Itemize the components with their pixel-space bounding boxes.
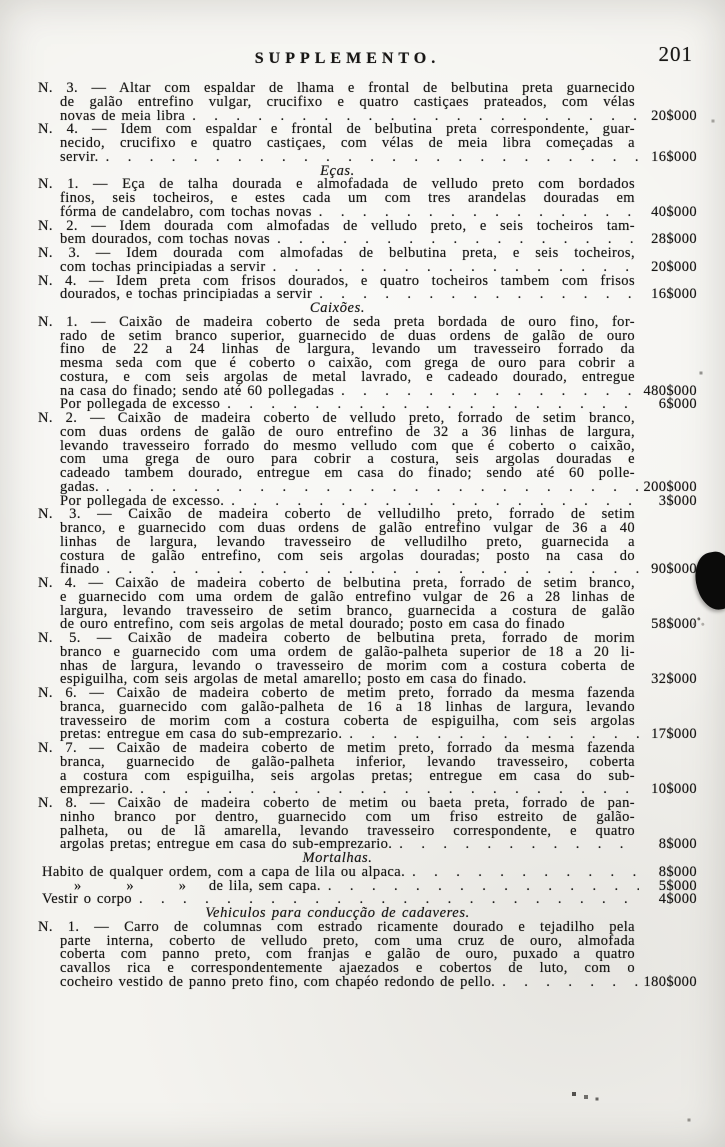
entry-last-line: servir.. . . . . . . . . . . . . . . . .… [38,151,697,165]
dot-leader: . . . . . . . . . . . . . . . . . . . . … [132,893,639,907]
text-line: dourados, e tochas principiadas a servir [60,288,312,302]
price-value: 32$000 [639,673,697,687]
price-list-entry: N. 5. — Caixão de madeira coberto de bel… [38,632,697,687]
dot-leader: . . . . . . . . . . . . . . . . . . . . … [334,385,639,399]
dot-leader: . . . . . . . . . . . . . . . . . . . . … [392,838,639,852]
text-line: servir. [60,151,99,165]
text-line: cocheiro vestido de panno preto fino, co… [60,976,495,990]
price-value: 180$000 [639,976,697,990]
price-list-entry: N. 2. — Caixão de madeira coberto de vel… [38,412,697,495]
dot-leader: . . . . . . . . . . . . . . . . . . . . … [312,288,639,302]
price-list-entry: N. 1. — Caixão de madeira coberto de sed… [38,316,697,399]
price-list-entry: N. 1. — Carro de columnas com estrado ri… [38,921,697,990]
page-number: 201 [659,48,694,62]
price-list-entry: » » » de lila, sem capa.. . . . . . . . … [38,880,697,894]
text-line: necido, crucifixo e quatro castiçaes, co… [38,137,697,151]
price-list-entry: Vestir o corpo. . . . . . . . . . . . . … [38,893,697,907]
price-value: 16$000 [639,288,697,302]
price-value: 8$000 [639,838,697,852]
price-value: 17$000 [639,728,697,742]
entry-last-line: dourados, e tochas principiadas a servir… [38,288,697,302]
text-line: a costura com espiguilha, seis argolas p… [38,770,697,784]
price-value: 4$000 [639,893,697,907]
text-line: Vestir o corpo [42,893,132,907]
page-header: SUPPLEMENTO. 201 [38,52,697,82]
price-value: 10$000 [639,783,697,797]
text-line: costura de galão entrefino, com seis arg… [38,550,697,564]
entry-last-line: Vestir o corpo. . . . . . . . . . . . . … [38,893,697,907]
price-value: 3$000 [639,495,697,509]
text-line: argolas pretas; entregue em casa do sub-… [60,838,392,852]
price-value: 90$000 [639,563,697,577]
dot-leader: . . . . . . . . . . . . . . . . . . . . … [495,976,639,990]
dot-leader: . . . . . . . . . . . . . . . . . . . . … [405,866,639,880]
price-list-entry: N. 4. — Idem com espaldar e frontal de b… [38,123,697,164]
price-value: 16$000 [639,151,697,165]
entry-last-line: argolas pretas; entregue em casa do sub-… [38,838,697,852]
price-list-entry: N. 4. — Caixão de madeira coberto de bel… [38,577,697,632]
price-list-entry: N. 2. — Idem dourada com almofadas de ve… [38,220,697,248]
page-title: SUPPLEMENTO. [38,52,657,66]
price-list-entry: N. 7. — Caixão de madeira coberto de met… [38,742,697,797]
text-line: cadeado tambem dourado, entregue em casa… [38,467,697,481]
dot-leader: . . . . . . . . . . . . . . . . . . . . … [99,151,639,165]
price-list-entry: N. 3. — Altar com espaldar de lhama e fr… [38,82,697,123]
price-list-entry: N. 3. — Caixão de madeira coberto de vel… [38,508,697,577]
price-list: N. 3. — Altar com espaldar de lhama e fr… [38,82,697,990]
price-value: 40$000 [639,206,697,220]
price-value: 28$000 [639,233,697,247]
price-value: 20$000 [639,261,697,275]
entry-last-line: » » » de lila, sem capa.. . . . . . . . … [38,880,697,894]
scan-speck-artifacts [0,0,2,2]
price-value: 20$000 [639,110,697,124]
price-list-entry: N. 6. — Caixão de madeira coberto de met… [38,687,697,742]
entry-last-line: cocheiro vestido de panno preto fino, co… [38,976,697,990]
price-list-entry: N. 3. — Idem dourada com almofadas de be… [38,247,697,275]
dot-leader: . . . . . . . . . . . . . . . . . . . . … [321,880,639,894]
price-list-entry: N. 8. — Caixão de madeira coberto de met… [38,797,697,852]
price-value: 58$000 [639,618,697,632]
price-list-entry: N. 4. — Idem preta com frisos dourados, … [38,275,697,303]
price-value: 6$000 [639,398,697,412]
price-list-entry: N. 1. — Eça de talha dourada e almofadad… [38,178,697,219]
scanned-document-page: SUPPLEMENTO. 201 N. 3. — Altar com espal… [0,0,725,1147]
